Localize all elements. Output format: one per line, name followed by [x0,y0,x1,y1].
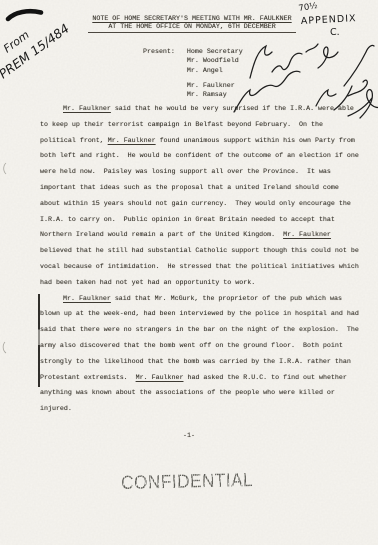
paragraph-1: Mr. Faulkner said that he would be very … [40,101,372,291]
marker-stroke [8,11,41,19]
typed-line: anything was known about the association… [40,385,372,401]
typed-line: believed that he still had substantial C… [40,243,372,259]
typed-line: said that there were no strangers in the… [40,322,372,338]
underlined-name: Mr. Faulkner [283,230,331,238]
page-number: -1- [0,431,378,439]
title-line-1: NOTE OF HOME SECRETARY'S MEETING WITH MR… [88,14,296,22]
margin-pencil-marks [3,163,6,353]
title-line-2: AT THE HOME OFFICE ON MONDAY, 6TH DECEMB… [88,22,296,30]
attendee-list: Home SecretaryMr. WoodfieldMr. Angel Mr.… [187,47,243,99]
attendee-group-2: Mr. FaulknerMr. Ramsay [187,81,243,100]
handwritten-folio-number: 70½ [298,1,318,14]
typed-line: army also discovered that the bomb went … [40,338,372,354]
typed-line: Protestant extremists. Mr. Faulkner had … [40,370,372,386]
typed-line: Mr. Faulkner said that he would be very … [40,101,372,117]
typed-line: vocal because of intimidation. He stress… [40,259,372,275]
confidential-stamp: CONFIDENTIAL [121,470,253,495]
underlined-name: Mr. Faulkner [108,136,156,144]
attendee: Mr. Faulkner [187,81,243,90]
attendee: Mr. Angel [187,66,243,75]
typed-line: blown up at the week-end, had been inter… [40,306,372,322]
scanned-document-page: NOTE OF HOME SECRETARY'S MEETING WITH MR… [0,0,378,545]
attendee: Mr. Ramsay [187,90,243,99]
present-label: Present: [143,47,175,99]
attendee: Home Secretary [187,47,243,56]
document-title: NOTE OF HOME SECRETARY'S MEETING WITH MR… [88,14,296,33]
typed-line: Northern Ireland would remain a part of … [40,227,372,243]
typed-line: Mr. Faulkner said that Mr. McGurk, the p… [40,291,372,307]
typed-line: about within 15 years should not gain cu… [40,196,372,212]
attendee: Mr. Woodfield [187,56,243,65]
underlined-name: Mr. Faulkner [63,294,111,302]
handwritten-from-label: From [1,28,32,55]
underlined-name: Mr. Faulkner [63,104,111,112]
paragraph-2: Mr. Faulkner said that Mr. McGurk, the p… [40,291,372,417]
present-block: Present: Home SecretaryMr. WoodfieldMr. … [143,47,243,99]
typed-line: I.R.A. to carry on. Public opinion in Gr… [40,212,372,228]
typed-line: were held now. Paisley was losing suppor… [40,164,372,180]
margin-emphasis-line [38,294,40,387]
handwritten-prem-reference: PREM 15/484 [0,21,72,82]
attendee-group-1: Home SecretaryMr. WoodfieldMr. Angel [187,47,243,75]
typed-line: to keep up their terrorist campaign in B… [40,117,372,133]
typed-line: political front, Mr. Faulkner found unan… [40,133,372,149]
typed-line: important that ideas such as the proposa… [40,180,372,196]
handwritten-appendix-word: APPENDIX [301,13,357,27]
typed-line: both left and right. He would be confide… [40,148,372,164]
handwritten-appendix-letter: C. [330,27,340,38]
underlined-name: Mr. Faulkner [136,373,184,381]
typed-line: injured. [40,401,372,417]
typed-line: strongly to the likelihood that the bomb… [40,354,372,370]
typed-line: had been taken had not yet had an opport… [40,275,372,291]
document-body: Mr. Faulkner said that he would be very … [40,101,372,417]
